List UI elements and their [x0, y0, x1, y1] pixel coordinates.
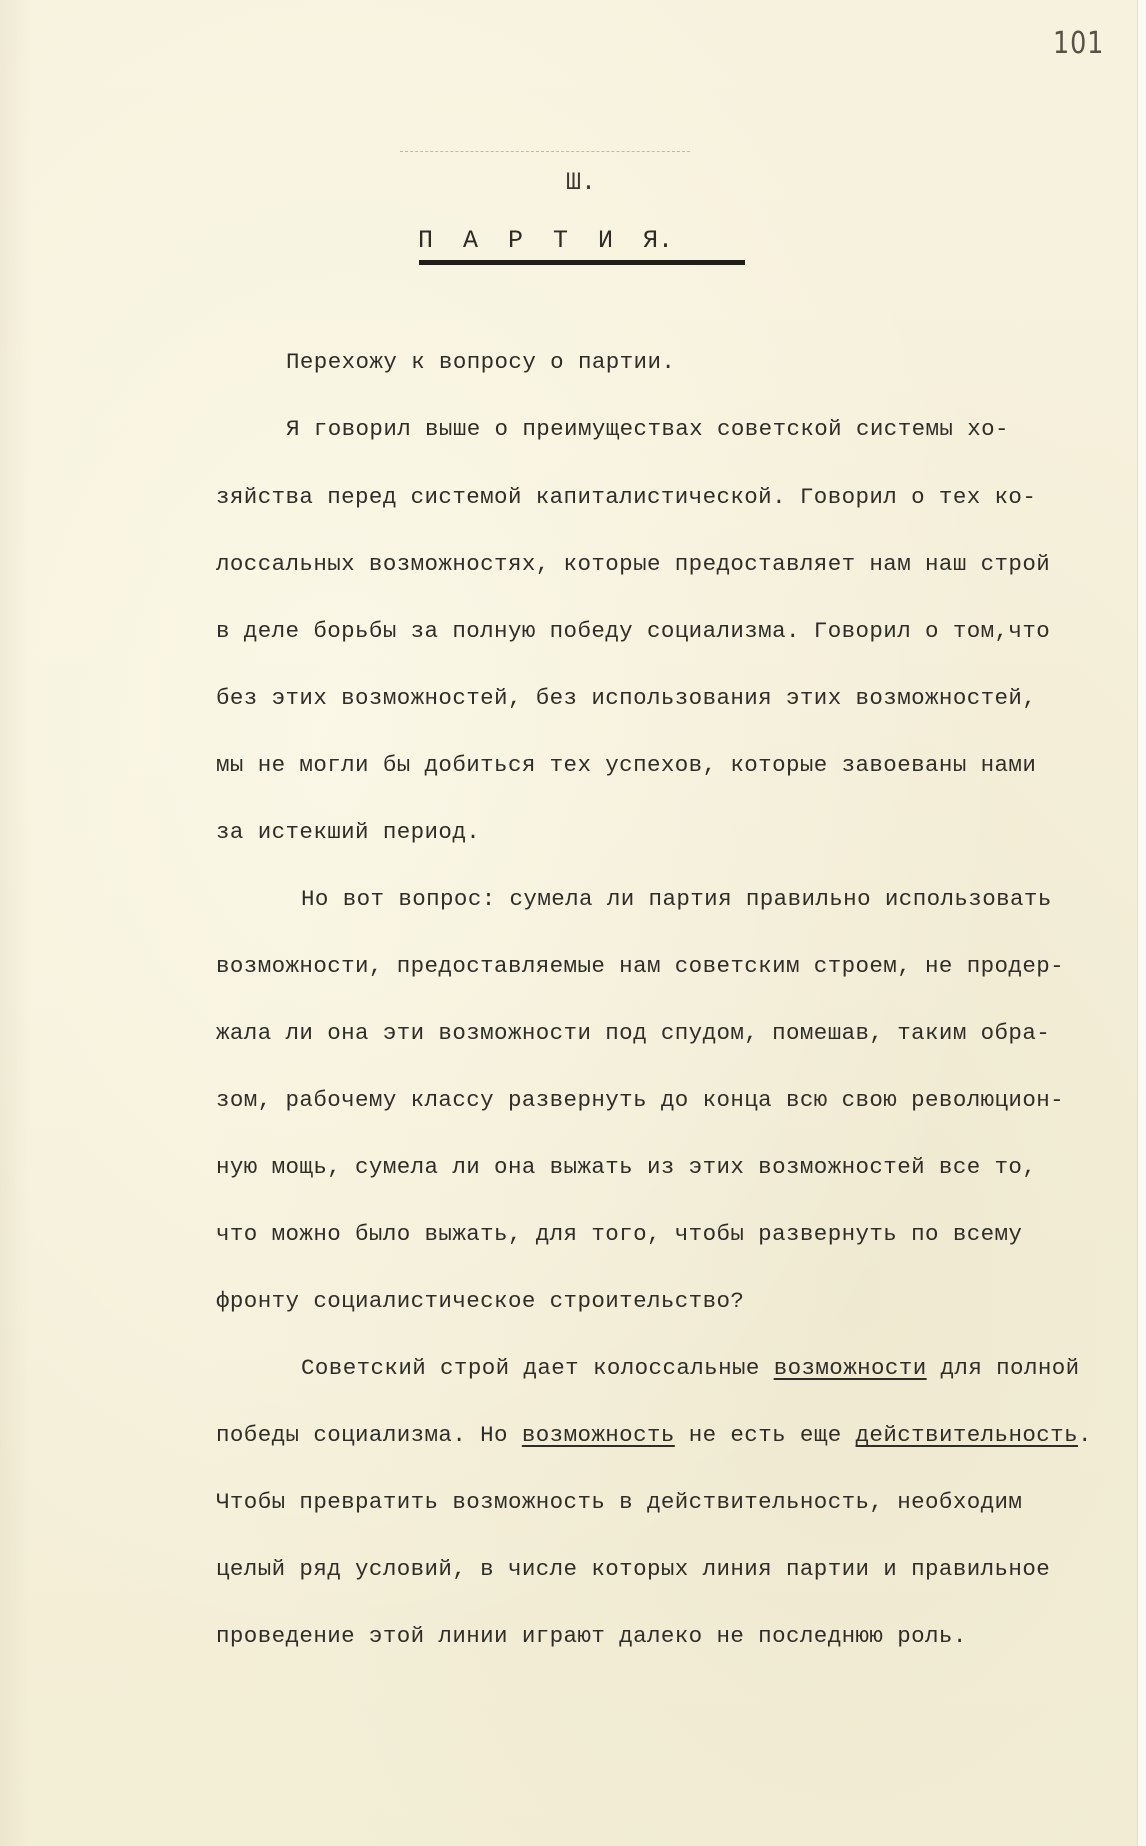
- text-line: в деле борьбы за полную победу социализм…: [216, 618, 1050, 644]
- text-line: зом, рабочему классу развернуть до конца…: [216, 1087, 1064, 1113]
- text-line: фронту социалистическое строительство?: [216, 1288, 744, 1314]
- scan-right-border: [1137, 0, 1146, 1846]
- section-heading: П А Р Т И Я.: [418, 226, 673, 255]
- text-line: Я говорил выше о преимуществах советской…: [286, 416, 1009, 442]
- text-span: .: [1078, 1422, 1092, 1448]
- page-left-shadow: [0, 0, 30, 1846]
- text-line: лоссальных возможностях, которые предост…: [216, 551, 1050, 577]
- text-line: целый ряд условий, в числе которых линия…: [216, 1556, 1050, 1582]
- underlined-word: действительность: [856, 1422, 1078, 1448]
- text-line: проведение этой линии играют далеко не п…: [216, 1623, 967, 1649]
- faint-top-rule: [400, 151, 690, 152]
- underlined-word: возможности: [774, 1355, 927, 1381]
- heading-underline: [419, 260, 745, 265]
- text-line: ную мощь, сумела ли она выжать из этих в…: [216, 1154, 1036, 1180]
- text-line: зяйства перед системой капиталистической…: [216, 484, 1036, 510]
- text-line: возможности, предоставляемые нам советск…: [216, 953, 1064, 979]
- text-line: за истекший период.: [216, 819, 480, 845]
- text-line: без этих возможностей, без использования…: [216, 685, 1036, 711]
- text-line: мы не могли бы добиться тех успехов, кот…: [216, 752, 1036, 778]
- section-number: Ш.: [566, 168, 596, 197]
- text-span: победы социализма. Но: [216, 1422, 522, 1448]
- underlined-word: возможность: [522, 1422, 675, 1448]
- handwritten-page-number: 101: [1053, 26, 1104, 61]
- text-line: Чтобы превратить возможность в действите…: [216, 1489, 1022, 1515]
- text-line: Перехожу к вопросу о партии.: [286, 349, 675, 375]
- text-line: Советский строй дает колоссальные возмож…: [301, 1355, 1080, 1381]
- text-line: победы социализма. Но возможность не ест…: [216, 1422, 1092, 1448]
- text-line: что можно было выжать, для того, чтобы р…: [216, 1221, 1022, 1247]
- text-span: для полной: [927, 1355, 1080, 1381]
- text-span: не есть еще: [675, 1422, 856, 1448]
- text-line: жала ли она эти возможности под спудом, …: [216, 1020, 1050, 1046]
- text-span: Советский строй дает колоссальные: [301, 1355, 774, 1381]
- text-line: Но вот вопрос: сумела ли партия правильн…: [301, 886, 1052, 912]
